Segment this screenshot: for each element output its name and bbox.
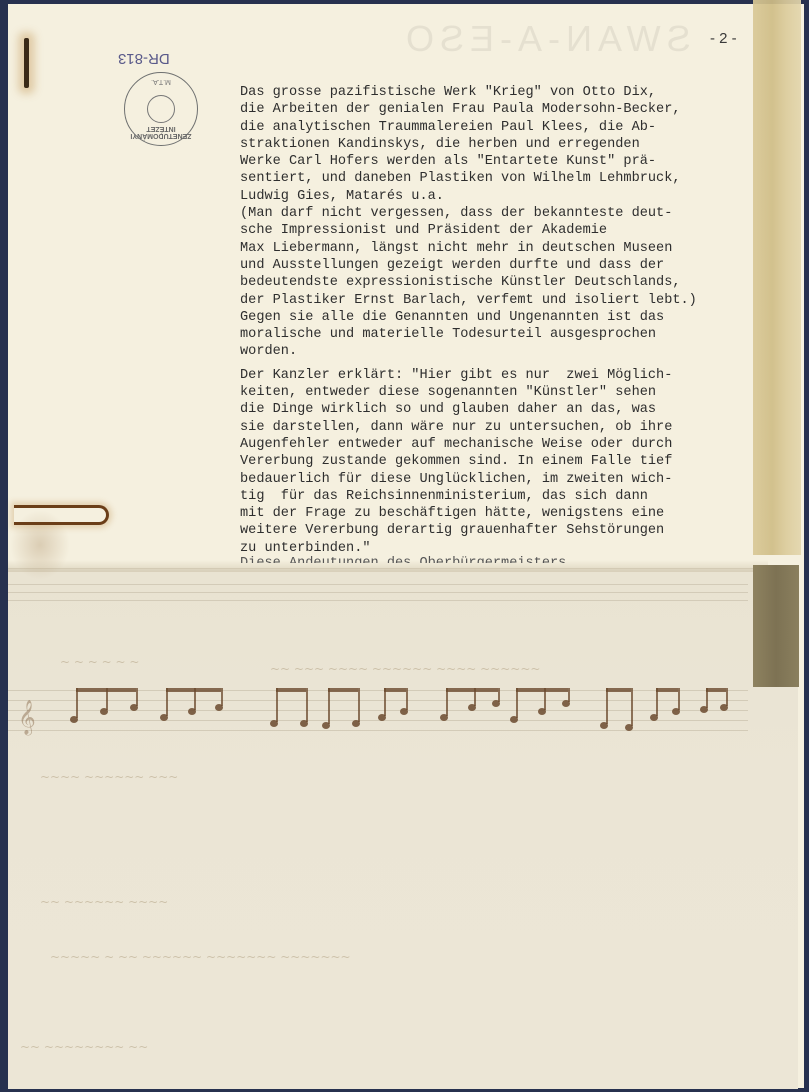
note-stem (328, 688, 330, 724)
cutoff-line: Diese Andeutungen des Oberbürgermeisters… (240, 555, 750, 563)
text-line: Der Kanzler erklärt: "Hier gibt es nur z… (240, 367, 800, 384)
text-line: Gegen sie alle die Genannten und Ungenan… (240, 309, 800, 326)
faint-handwriting: ~~~~ ~~~~~~ ~~~ (40, 770, 178, 784)
note-stem (136, 688, 138, 706)
note-stem (76, 688, 78, 718)
note-beam (328, 688, 358, 692)
note-stem (166, 688, 168, 716)
note-stem (384, 688, 386, 716)
text-line: moralische und materielle Todesurteil au… (240, 326, 800, 343)
note-stem (606, 688, 608, 724)
lower-music-sheet (8, 568, 798, 1089)
staff-line (8, 600, 748, 601)
text-line: worden. (240, 343, 800, 360)
text-line: mit der Frage zu beschäftigen hätte, wen… (240, 505, 800, 522)
page-number: - 2 - (710, 30, 737, 47)
note-head (672, 708, 680, 715)
note-stem (406, 688, 408, 710)
text-line: Augenfehler entweder auf mechanische Wei… (240, 436, 800, 453)
note-head (215, 704, 223, 711)
note-head (188, 708, 196, 715)
note-beam (516, 688, 568, 692)
note-head (400, 708, 408, 715)
note-beam (384, 688, 406, 692)
text-line: die Dinge wirklich so und glauben daher … (240, 401, 800, 418)
stamp-institution: ZENETUDOMÁNYI INTÉZET (125, 125, 197, 139)
faint-handwriting: ~~~~~ ~ ~~ ~~~~~~ ~~~~~~~ ~~~~~~~ (50, 950, 351, 964)
text-line: (Man darf nicht vergessen, dass der beka… (240, 205, 800, 222)
faint-handwriting: ~~ ~~~~~~~~ ~~ (20, 1040, 148, 1054)
note-stem (516, 688, 518, 718)
stamp-bottom-text: M.T.A. (125, 78, 197, 85)
faint-handwriting: ~~ ~~~ ~~~~ ~~~~~~ ~~~~ ~~~~~~ (270, 662, 540, 676)
text-line: weitere Vererbung derartig grauenhafter … (240, 522, 800, 539)
faint-handwriting: ~ ~ ~ ~ ~ ~ (60, 655, 139, 669)
text-line: keiten, entweder diese sogenannten "Küns… (240, 384, 800, 401)
note-head (322, 722, 330, 729)
shelfmark: DR-813 (118, 50, 170, 67)
text-line: der Plastiker Ernst Barlach, verfemt und… (240, 292, 800, 309)
note-stem (306, 688, 308, 722)
note-stem (631, 688, 633, 726)
note-head (440, 714, 448, 721)
note-head (70, 716, 78, 723)
note-head (270, 720, 278, 727)
note-head (468, 704, 476, 711)
text-line: Werke Carl Hofers werden als "Entartete … (240, 153, 800, 170)
text-line: Ludwig Gies, Matarés u.a. (240, 188, 800, 205)
rust-paperclip-mark-icon (14, 505, 109, 525)
adhesive-tape-strip (753, 0, 801, 555)
note-stem (221, 688, 223, 706)
staff-line (8, 592, 748, 593)
note-head (378, 714, 386, 721)
note-stem (276, 688, 278, 722)
stamp-emblem-icon (147, 95, 175, 123)
note-stem (106, 688, 108, 710)
text-line: Max Liebermann, längst nicht mehr in deu… (240, 240, 800, 257)
note-head (600, 722, 608, 729)
text-line: sche Impressionist und Präsident der Aka… (240, 222, 800, 239)
typed-text-body: Das grosse pazifistische Werk "Krieg" vo… (240, 84, 800, 563)
rust-paperclip-mark-icon (24, 38, 29, 88)
note-head (650, 714, 658, 721)
note-beam (606, 688, 631, 692)
note-head (720, 704, 728, 711)
note-stem (726, 688, 728, 706)
staff-line (8, 584, 748, 585)
note-stem (446, 688, 448, 716)
note-beam (706, 688, 726, 692)
note-stem (358, 688, 360, 722)
bleedthrough-text: SWAN-A-ESO (400, 18, 691, 60)
library-stamp: ZENETUDOMÁNYI INTÉZET M.T.A. (124, 72, 198, 146)
paragraph: Das grosse pazifistische Werk "Krieg" vo… (240, 84, 800, 361)
note-stem (194, 688, 196, 710)
note-beam (276, 688, 306, 692)
note-stem (474, 688, 476, 706)
adhesive-tape-strip-dark (753, 565, 799, 687)
text-line: sentiert, und daneben Plastiken von Wilh… (240, 170, 800, 187)
note-head (510, 716, 518, 723)
note-head (160, 714, 168, 721)
text-line: bedeutendste expressionistische Künstler… (240, 274, 800, 291)
note-head (100, 708, 108, 715)
note-stem (656, 688, 658, 716)
note-head (538, 708, 546, 715)
treble-clef-icon: 𝄞 (18, 700, 36, 735)
note-head (700, 706, 708, 713)
note-head (130, 704, 138, 711)
text-line: straktionen Kandinskys, die herben und e… (240, 136, 800, 153)
text-line: die Arbeiten der genialen Frau Paula Mod… (240, 101, 800, 118)
text-line: sie darstellen, dann wäre nur zu untersu… (240, 419, 800, 436)
note-stem (706, 688, 708, 708)
note-beam (446, 688, 498, 692)
text-line: die analytischen Traummalereien Paul Kle… (240, 119, 800, 136)
note-head (492, 700, 500, 707)
text-line: Vererbung zustande gekommen sind. In ein… (240, 453, 800, 470)
text-line: tig für das Reichsinnenministerium, das … (240, 488, 800, 505)
text-line: und Ausstellungen gezeigt werden durfte … (240, 257, 800, 274)
text-line: bedauerlich für diese Unglücklichen, im … (240, 471, 800, 488)
note-stem (678, 688, 680, 710)
note-head (562, 700, 570, 707)
note-stem (544, 688, 546, 710)
text-line: Das grosse pazifistische Werk "Krieg" vo… (240, 84, 800, 101)
paragraph: Der Kanzler erklärt: "Hier gibt es nur z… (240, 367, 800, 557)
faint-handwriting: ~~ ~~~~~~ ~~~~ (40, 895, 168, 909)
note-head (352, 720, 360, 727)
note-beam (656, 688, 678, 692)
note-head (625, 724, 633, 731)
note-head (300, 720, 308, 727)
music-notes (60, 680, 740, 740)
